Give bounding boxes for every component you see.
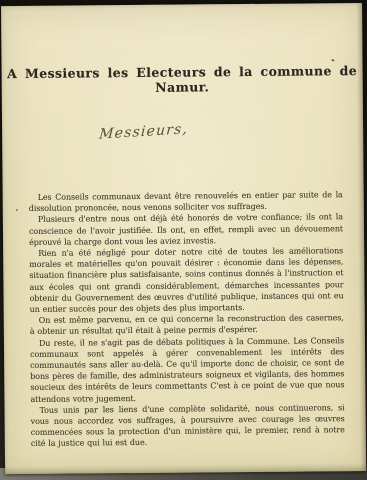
- ink-speck: [331, 59, 334, 62]
- paragraph: Tous unis par les liens d'une complète s…: [30, 402, 344, 450]
- paragraph: Les Conseils communaux devant être renou…: [29, 189, 343, 214]
- document-paper: A Messieurs les Electeurs de la commune …: [1, 3, 366, 474]
- paragraph: Plusieurs d'entre nous ont déjà été hono…: [29, 212, 343, 248]
- paragraph: Du reste, il ne s'agit pas de débats pol…: [30, 335, 345, 405]
- letter-body: Les Conseils communaux devant être renou…: [29, 189, 345, 449]
- document-title: A Messieurs les Electeurs de la commune …: [2, 63, 363, 96]
- salutation-handwritten: Messieurs,: [99, 121, 189, 143]
- paragraph: On est même parvenu, en ce qui concerne …: [30, 312, 344, 337]
- ink-speck: [16, 209, 18, 211]
- scan-background: A Messieurs les Electeurs de la commune …: [0, 0, 367, 480]
- paragraph: Rien n'a été négligé pour doter notre ci…: [29, 245, 344, 315]
